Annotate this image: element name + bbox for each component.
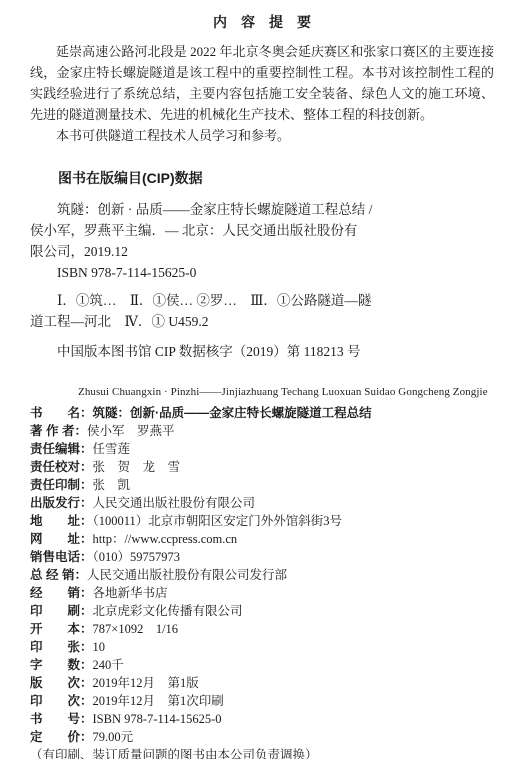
cip-body: 筑隧：创新 · 品质——金家庄特长螺旋隧道工程总结 / 侯小军，罗燕平主编．— … — [30, 199, 494, 362]
colophon-row-publisher: 出版发行：人民交通出版社股份有限公司 — [30, 494, 494, 512]
cip-publisher-line: 限公司，2019.12 — [30, 241, 494, 262]
general-distributor-label: 总 经 销： — [30, 568, 87, 582]
cip-classification-line-1: Ⅰ．①筑… Ⅱ．①侯… ②罗… Ⅲ．①公路隧道—隧 — [30, 290, 494, 311]
printing-label: 印 次： — [30, 694, 93, 708]
address-value: （100011）北京市朝阳区安定门外外馆斜街3号 — [93, 514, 343, 528]
colophon-row-distributor: 经 销：各地新华书店 — [30, 584, 494, 602]
editor-value: 任雪莲 — [93, 442, 131, 456]
cip-classification-line-2: 道工程—河北 Ⅳ．① U459.2 — [30, 311, 494, 332]
website-value: http：//www.ccpress.com.cn — [93, 532, 238, 546]
colophon-row-sales-phone: 销售电话：（010）59757973 — [30, 548, 494, 566]
colophon-row-edition: 版 次：2019年12月 第1版 — [30, 674, 494, 692]
colophon-row-sheets: 印 张：10 — [30, 638, 494, 656]
colophon-row-authors: 著 作 者：侯小军 罗燕平 — [30, 422, 494, 440]
quality-exchange-note: （有印刷、装订质量问题的图书由本公司负责调换） — [30, 746, 494, 759]
printing-value: 2019年12月 第1次印刷 — [93, 694, 224, 708]
colophon-row-printing: 印 次：2019年12月 第1次印刷 — [30, 692, 494, 710]
publisher-value: 人民交通出版社股份有限公司 — [93, 496, 256, 510]
content-summary-paragraph: 延崇高速公路河北段是 2022 年北京冬奥会延庆赛区和张家口赛区的主要连接线，金… — [30, 41, 494, 125]
proofreaders-label: 责任校对： — [30, 460, 93, 474]
word-count-value: 240千 — [93, 658, 124, 672]
editor-label: 责任编辑： — [30, 442, 93, 456]
word-count-label: 字 数： — [30, 658, 93, 672]
proofreaders-value: 张 贺 龙 雪 — [93, 460, 181, 474]
sales-phone-label: 销售电话： — [30, 550, 93, 564]
book-title-label: 书 名： — [30, 406, 93, 420]
authors-label: 著 作 者： — [30, 424, 87, 438]
colophon-row-proofreaders: 责任校对：张 贺 龙 雪 — [30, 458, 494, 476]
edition-label: 版 次： — [30, 676, 93, 690]
isbn-label: 书 号： — [30, 712, 93, 726]
price-label: 定 价： — [30, 730, 93, 744]
copyright-page: 内 容 提 要 延崇高速公路河北段是 2022 年北京冬奥会延庆赛区和张家口赛区… — [0, 0, 520, 759]
book-title-value: 筑隧：创新·品质——金家庄特长螺旋隧道工程总结 — [93, 406, 372, 420]
pinyin-title: Zhusui Chuangxin · Pinzhi——Jinjiazhuang … — [78, 385, 494, 399]
content-summary-title: 内 容 提 要 — [30, 12, 494, 32]
printer-label: 印 刷： — [30, 604, 93, 618]
address-label: 地 址： — [30, 514, 93, 528]
print-supervisor-label: 责任印制： — [30, 478, 93, 492]
cip-title-line: 筑隧：创新 · 品质——金家庄特长螺旋隧道工程总结 / — [30, 199, 494, 220]
colophon-row-editor: 责任编辑：任雪莲 — [30, 440, 494, 458]
edition-value: 2019年12月 第1版 — [93, 676, 199, 690]
format-value: 787×1092 1/16 — [93, 622, 179, 636]
printer-value: 北京虎彩文化传播有限公司 — [93, 604, 243, 618]
cip-editors-line: 侯小军，罗燕平主编．— 北京：人民交通出版社股份有 — [30, 220, 494, 241]
colophon-row-format: 开 本：787×1092 1/16 — [30, 620, 494, 638]
colophon-row-website: 网 址：http：//www.ccpress.com.cn — [30, 530, 494, 548]
isbn-value: ISBN 978-7-114-15625-0 — [93, 712, 222, 726]
cip-heading: 图书在版编目(CIP)数据 — [58, 168, 494, 188]
format-label: 开 本： — [30, 622, 93, 636]
colophon-row-printer: 印 刷：北京虎彩文化传播有限公司 — [30, 602, 494, 620]
publisher-label: 出版发行： — [30, 496, 93, 510]
colophon-row-price: 定 价：79.00元 — [30, 728, 494, 746]
cip-isbn-line: ISBN 978-7-114-15625-0 — [30, 262, 494, 283]
sales-phone-value: （010）59757973 — [93, 550, 181, 564]
colophon-row-general-distributor: 总 经 销：人民交通出版社股份有限公司发行部 — [30, 566, 494, 584]
price-value: 79.00元 — [93, 730, 134, 744]
print-supervisor-value: 张 凯 — [93, 478, 131, 492]
colophon-row-word-count: 字 数：240千 — [30, 656, 494, 674]
general-distributor-value: 人民交通出版社股份有限公司发行部 — [87, 568, 287, 582]
colophon: 书 名：筑隧：创新·品质——金家庄特长螺旋隧道工程总结 著 作 者：侯小军 罗燕… — [30, 404, 494, 759]
sheets-label: 印 张： — [30, 640, 93, 654]
authors-value: 侯小军 罗燕平 — [87, 424, 175, 438]
website-label: 网 址： — [30, 532, 93, 546]
colophon-row-print-supervisor: 责任印制：张 凯 — [30, 476, 494, 494]
colophon-row-book-title: 书 名：筑隧：创新·品质——金家庄特长螺旋隧道工程总结 — [30, 404, 494, 422]
cip-record-number: 中国版本图书馆 CIP 数据核字（2019）第 118213 号 — [30, 341, 494, 362]
colophon-row-isbn: 书 号：ISBN 978-7-114-15625-0 — [30, 710, 494, 728]
colophon-row-address: 地 址：（100011）北京市朝阳区安定门外外馆斜街3号 — [30, 512, 494, 530]
content-summary-readership: 本书可供隧道工程技术人员学习和参考。 — [30, 125, 494, 146]
distributor-value: 各地新华书店 — [93, 586, 168, 600]
sheets-value: 10 — [93, 640, 106, 654]
distributor-label: 经 销： — [30, 586, 93, 600]
